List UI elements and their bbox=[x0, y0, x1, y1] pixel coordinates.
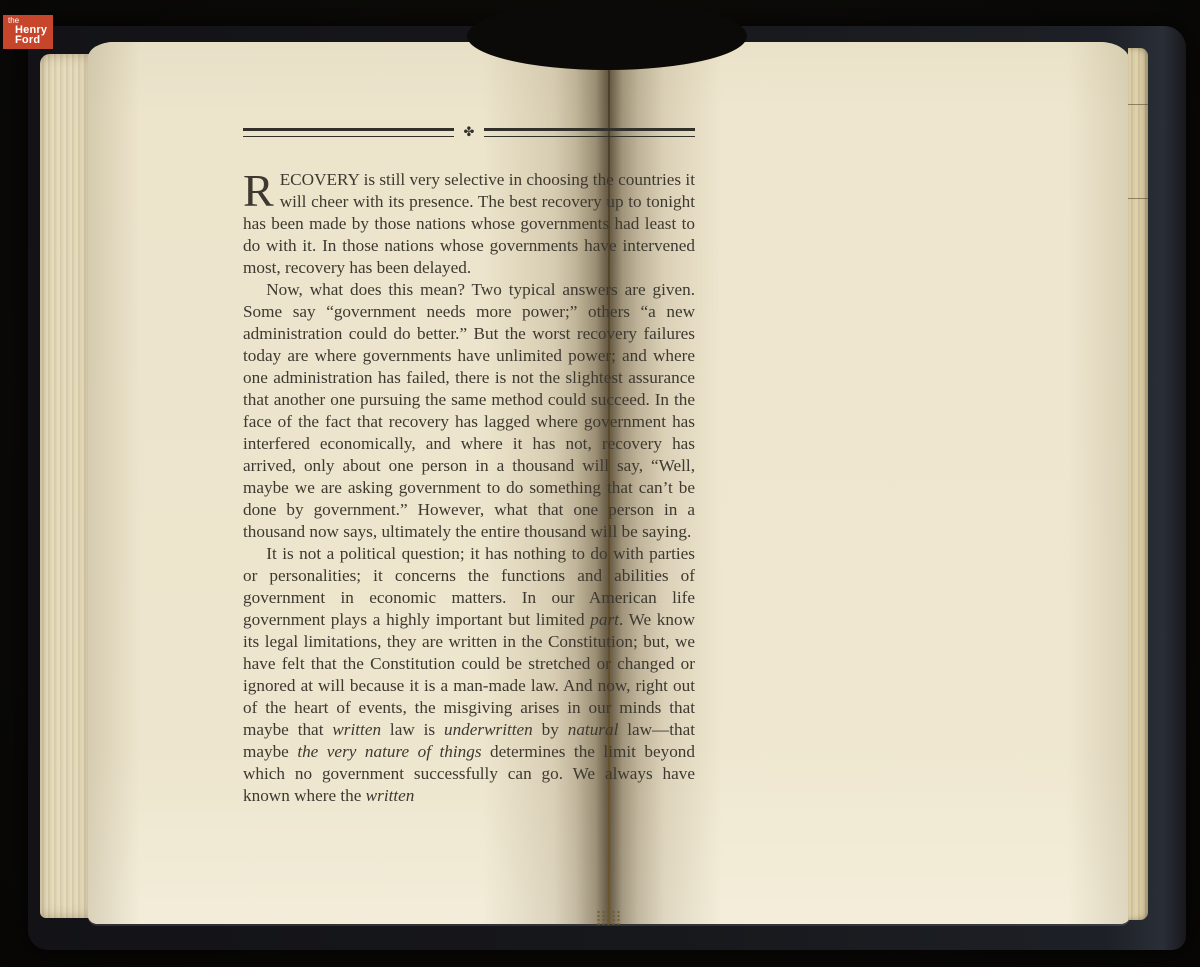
left-page-stack-edge bbox=[40, 54, 90, 918]
paragraph: Now, what does this mean? Two typical an… bbox=[243, 279, 695, 543]
paragraph: RECOVERY is still very selective in choo… bbox=[243, 169, 695, 279]
open-book-spread: ✤ RECOVERY is still very selective in ch… bbox=[88, 42, 1130, 924]
right-fore-edge bbox=[1128, 48, 1148, 920]
left-page: ✤ RECOVERY is still very selective in ch… bbox=[88, 42, 607, 924]
rule-segment-left bbox=[243, 128, 454, 137]
photo-background: the Henry Ford ✤ RECOVERY is still very … bbox=[0, 0, 1200, 967]
header-ornament-icon: ✤ bbox=[464, 126, 475, 139]
henry-ford-watermark: the Henry Ford bbox=[3, 15, 53, 49]
binding-stitch bbox=[596, 910, 620, 926]
rule-segment-right bbox=[484, 128, 695, 137]
watermark-ford: Ford bbox=[15, 35, 53, 45]
paragraph: It is not a political question; it has n… bbox=[243, 543, 695, 807]
dropcap-letter: R bbox=[243, 169, 280, 209]
fore-edge-line bbox=[1128, 198, 1148, 199]
header-rule: ✤ bbox=[243, 126, 695, 139]
fore-edge-line bbox=[1128, 104, 1148, 105]
left-page-body: RECOVERY is still very selective in choo… bbox=[243, 169, 695, 807]
left-page-text: ✤ RECOVERY is still very selective in ch… bbox=[243, 126, 695, 807]
gutter-top-shadow bbox=[467, 2, 747, 70]
